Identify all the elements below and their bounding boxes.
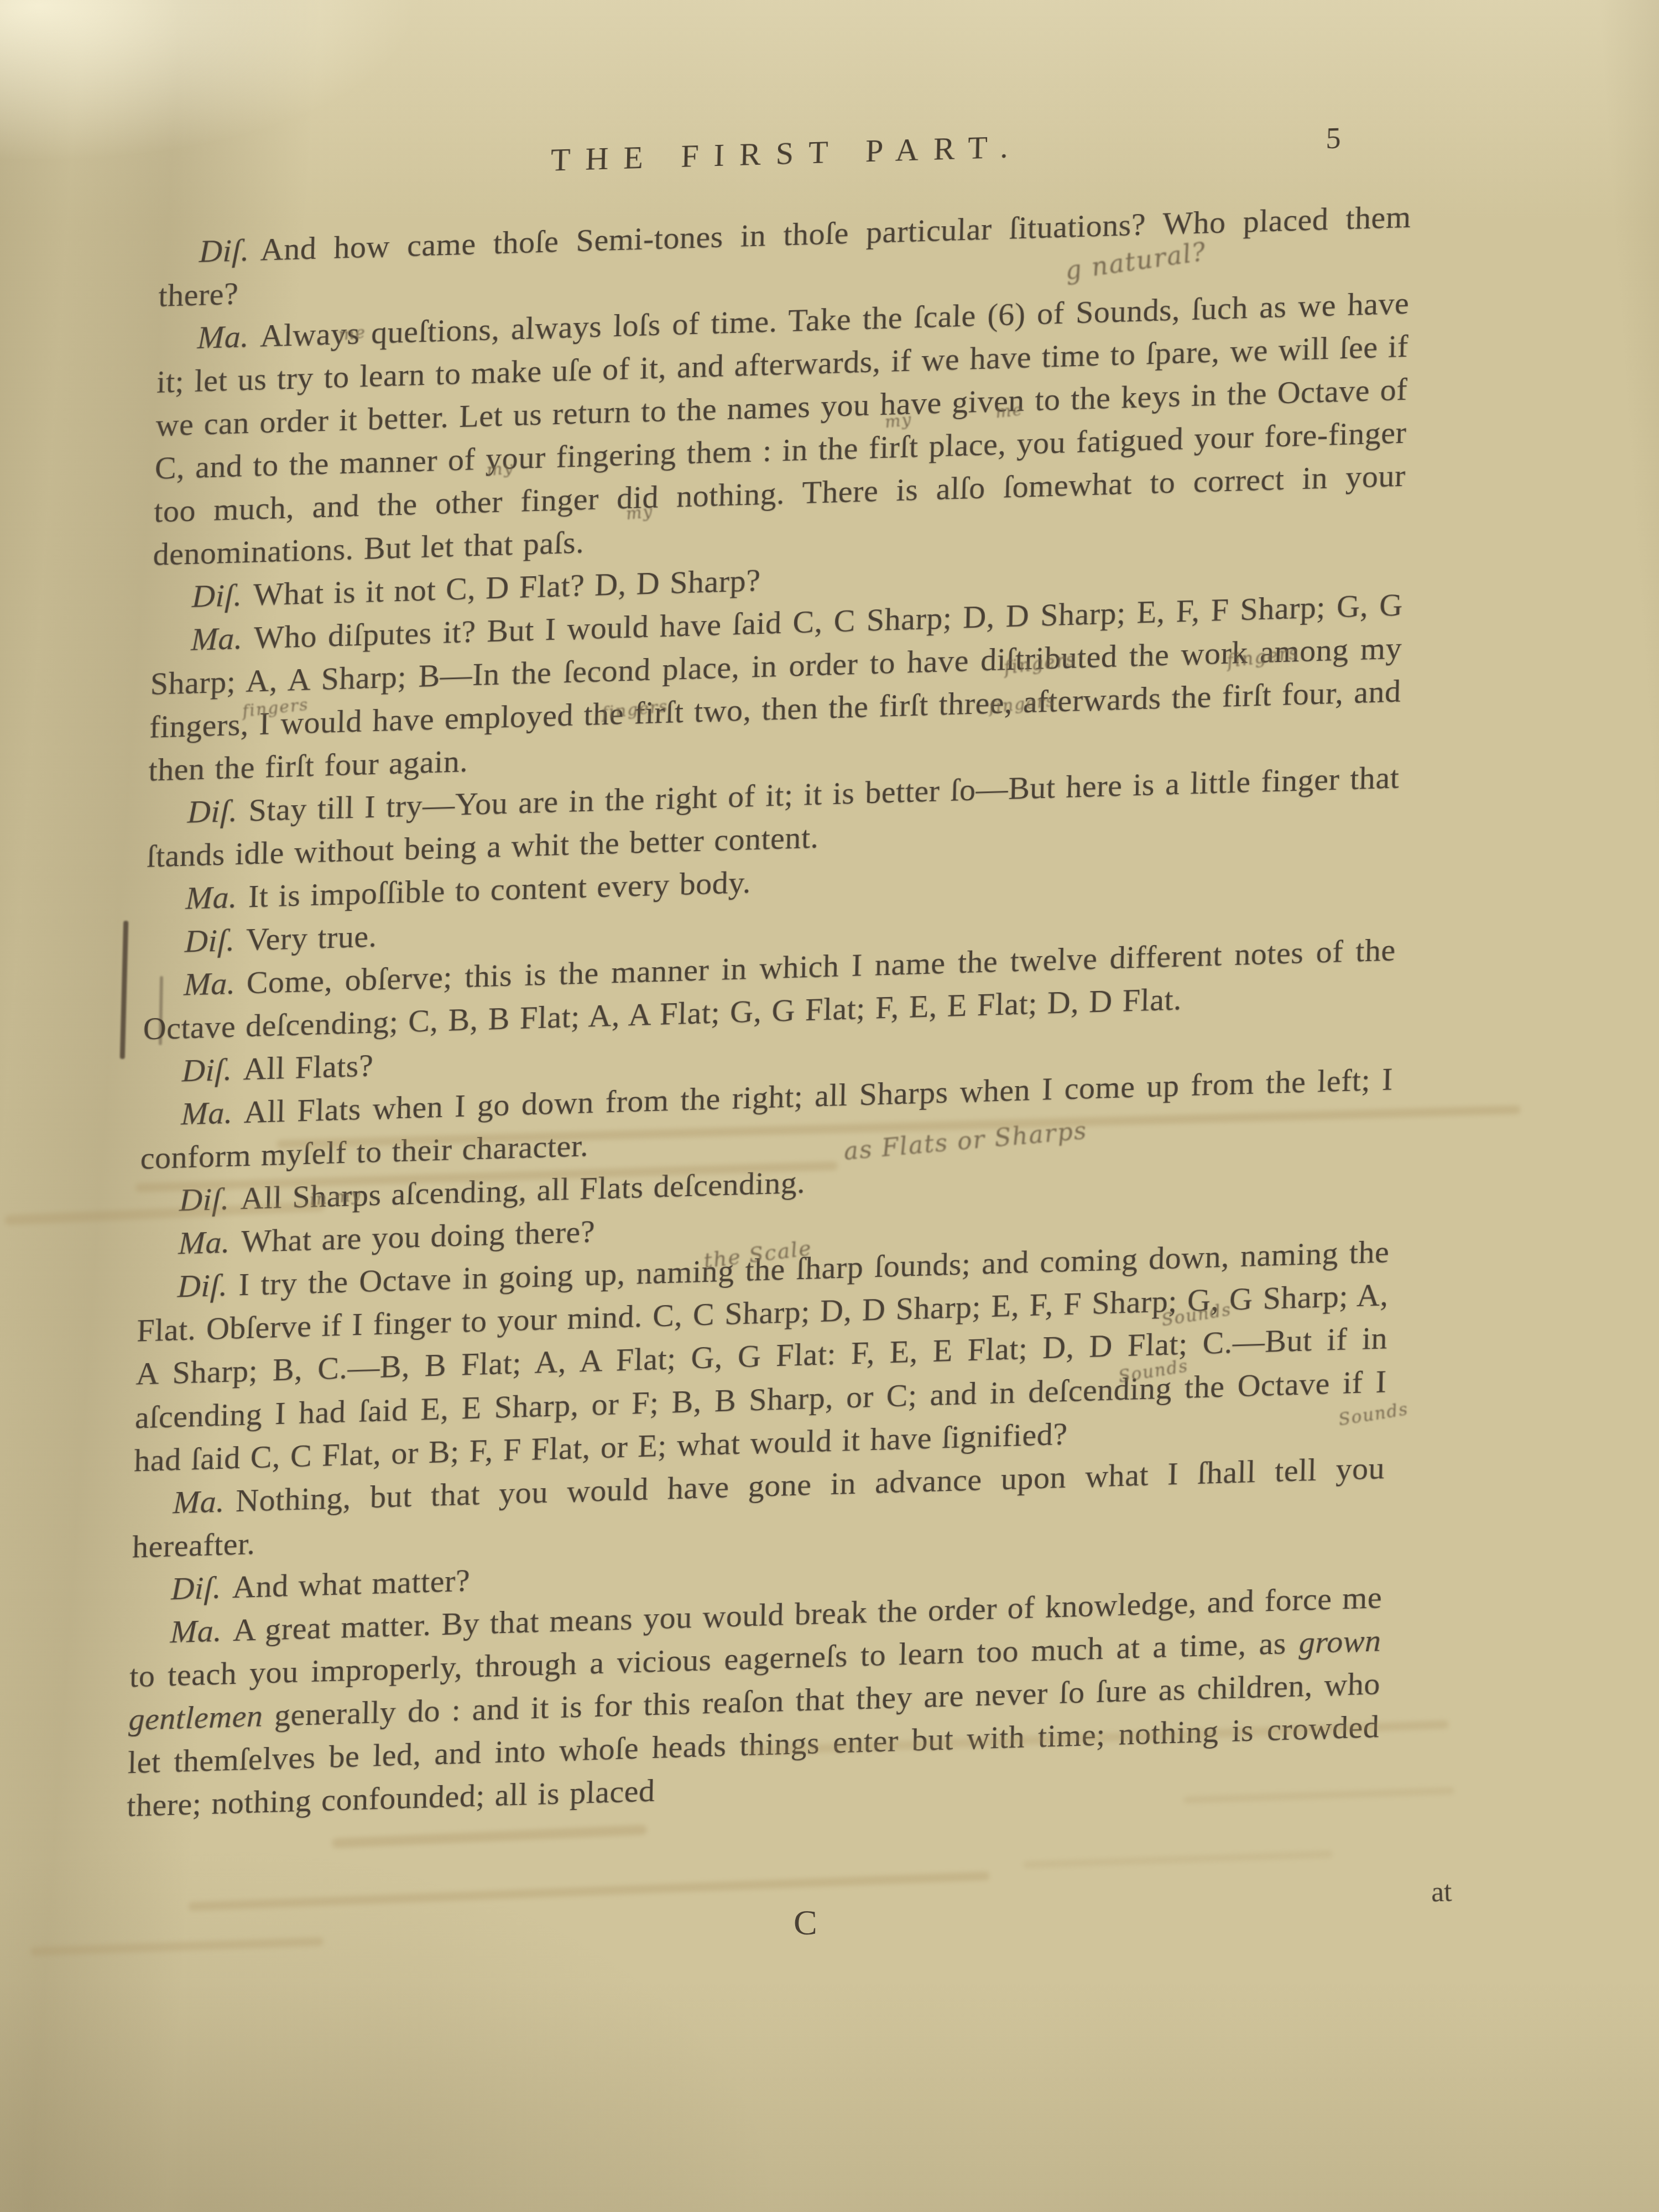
- speaker-label: Ma.: [185, 879, 238, 916]
- speaker-label: Diſ.: [199, 232, 250, 269]
- paragraph-text: What are you doing there?: [241, 1213, 595, 1259]
- paragraph-text: Very true.: [246, 918, 377, 958]
- handwritten-annotation: me: [337, 322, 367, 345]
- speaker-label: Ma.: [173, 1483, 225, 1520]
- ink-smudge-underline: [188, 1871, 990, 1911]
- dialogue-paragraph: Ma.A great matter. By that means you wou…: [127, 1575, 1383, 1827]
- paragraph-text: I try the Octave in going up, naming the…: [134, 1234, 1390, 1478]
- dialogue-text: Diſ.And how came thoſe Semi-tones in tho…: [127, 195, 1412, 1827]
- dialogue-paragraph: Diſ.I try the Octave in going up, naming…: [134, 1230, 1390, 1482]
- handwritten-annotation: me: [994, 400, 1024, 422]
- speaker-label: Ma.: [181, 1094, 233, 1132]
- ink-smudge-underline: [30, 1937, 324, 1956]
- paragraph-text: All Flats?: [243, 1047, 374, 1087]
- speaker-label: Ma.: [178, 1224, 231, 1261]
- margin-pen-mark: [120, 921, 129, 1059]
- speaker-label: Diſ.: [184, 922, 235, 959]
- dialogue-paragraph: Ma.Who diſputes it? But I would have ſai…: [148, 583, 1404, 792]
- running-header: THE FIRST PART. 5: [160, 117, 1413, 199]
- speaker-label: Diſ.: [171, 1569, 222, 1606]
- paragraph-text: Who diſputes it? But I would have ſaid C…: [148, 587, 1404, 788]
- speaker-label: Diſ.: [187, 792, 238, 830]
- handwritten-annotation: my: [625, 502, 654, 524]
- speaker-label: Ma.: [170, 1612, 222, 1650]
- speaker-label: Ma.: [197, 318, 249, 356]
- book-page-photo: THE FIRST PART. 5 Diſ.And how came thoſe…: [0, 0, 1659, 2212]
- speaker-label: Ma.: [191, 620, 243, 658]
- catchword: at: [1431, 1875, 1452, 1908]
- speaker-label: Diſ.: [192, 577, 243, 614]
- page-title: THE FIRST PART.: [161, 117, 1413, 190]
- page-number: 5: [1326, 121, 1341, 156]
- signature-mark: C: [794, 1902, 817, 1943]
- ink-smudge-underline: [1023, 1850, 1333, 1869]
- speaker-label: Diſ.: [182, 1051, 233, 1089]
- handwritten-annotation: my: [486, 458, 515, 481]
- speaker-label: Ma.: [184, 965, 236, 1003]
- handwritten-annotation: my: [884, 410, 913, 432]
- printed-page: THE FIRST PART. 5 Diſ.And how came thoſe…: [127, 117, 1413, 1827]
- paragraph-text: And what matter?: [232, 1562, 471, 1604]
- speaker-label: Diſ.: [177, 1267, 228, 1305]
- ink-smudge-underline: [332, 1825, 647, 1849]
